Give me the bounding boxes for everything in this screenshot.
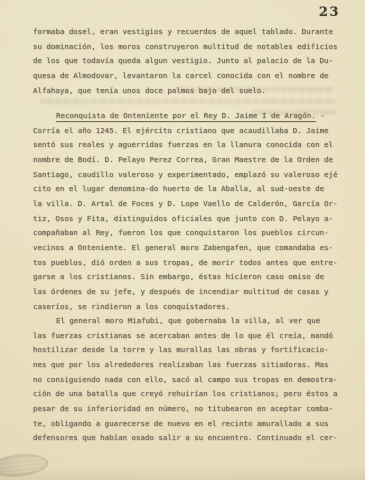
body-paragraph: Corría el año 1245. El ejército cristian…: [33, 124, 341, 314]
text-line: las fuerzas cristianas se acercaban ante…: [33, 329, 341, 344]
text-line: El general moro Miafubi, que gobernaba l…: [33, 314, 341, 329]
text-line: caseríos, se rindieron a los conquistado…: [33, 300, 341, 315]
text-line: defensores que habían osado salir a su e…: [33, 431, 341, 446]
text-line: Corría el año 1245. El ejército cristian…: [33, 124, 341, 139]
text-line: de los que todavía queda algun vestigio.…: [33, 54, 341, 69]
text-line: tos pueblos, dió orden a sus tropas, de …: [33, 256, 341, 271]
text-line: compañaban al Rey, fueron los que conqui…: [33, 226, 341, 241]
text-line: vecinos a Onteniente. El general moro Za…: [33, 241, 341, 256]
page-edge-shading: [0, 466, 365, 480]
text-line: garse a los cristianos. Sin embargo, ést…: [33, 270, 341, 285]
text-line: te, obligando a guarecerse de nuevo en e…: [33, 417, 341, 432]
text-line: pesar de su inferioridad en número, no t…: [33, 402, 341, 417]
body-paragraph: El general moro Miafubi, que gobernaba l…: [33, 314, 341, 446]
section-heading: Reconquista de Onteniente por el Rey D. …: [33, 109, 341, 124]
oval-stamp: [0, 452, 49, 479]
text-line: nes que por los alrededores realizaban l…: [33, 358, 341, 373]
heading-underlined-text: Reconquista de Onteniente por el Rey D. …: [56, 111, 316, 120]
text-line: sentó sus reales y aguerridas fuerzas en…: [33, 138, 341, 153]
text-line: tiz, Osos y Fita, distinguidos oficiales…: [33, 212, 341, 227]
text-line: Alfahaya, que tenía unos doce palmos baj…: [33, 84, 341, 99]
text-line: nombre de Bodí. D. Pelayo Perez Correa, …: [33, 153, 341, 168]
text-block: formaba dosel, eran vestigios y recuerdo…: [33, 25, 341, 446]
text-line: cito en el lugar denomina-do huerto de l…: [33, 182, 341, 197]
text-line: Santiago, caudillo valeroso y experiment…: [33, 168, 341, 183]
text-line: hostilizar desde la torre y las murallas…: [33, 343, 341, 358]
section-heading-paragraph: Reconquista de Onteniente por el Rey D. …: [33, 109, 341, 124]
text-line: formaba dosel, eran vestigios y recuerdo…: [33, 25, 341, 40]
text-line: no consiguiendo nada con ello, sacó al c…: [33, 373, 341, 388]
page-number: 23: [319, 5, 340, 20]
body-paragraph: formaba dosel, eran vestigios y recuerdo…: [33, 25, 341, 98]
text-line: las órdenes de su jefe, y después de inc…: [33, 285, 341, 300]
text-line: quesa de Almodovar, levantaron la carcel…: [33, 69, 341, 84]
scanned-document-page: 23 formaba dosel, eran vestigios y recue…: [0, 0, 365, 480]
text-line: su dominación, los moros construyeron mu…: [33, 40, 341, 55]
text-line: ción de una batalla que creyó rehuirían …: [33, 387, 341, 402]
text-line: la villa. D. Artal de Foces y D. Lope Va…: [33, 197, 341, 212]
heading-suffix: -: [316, 111, 325, 120]
